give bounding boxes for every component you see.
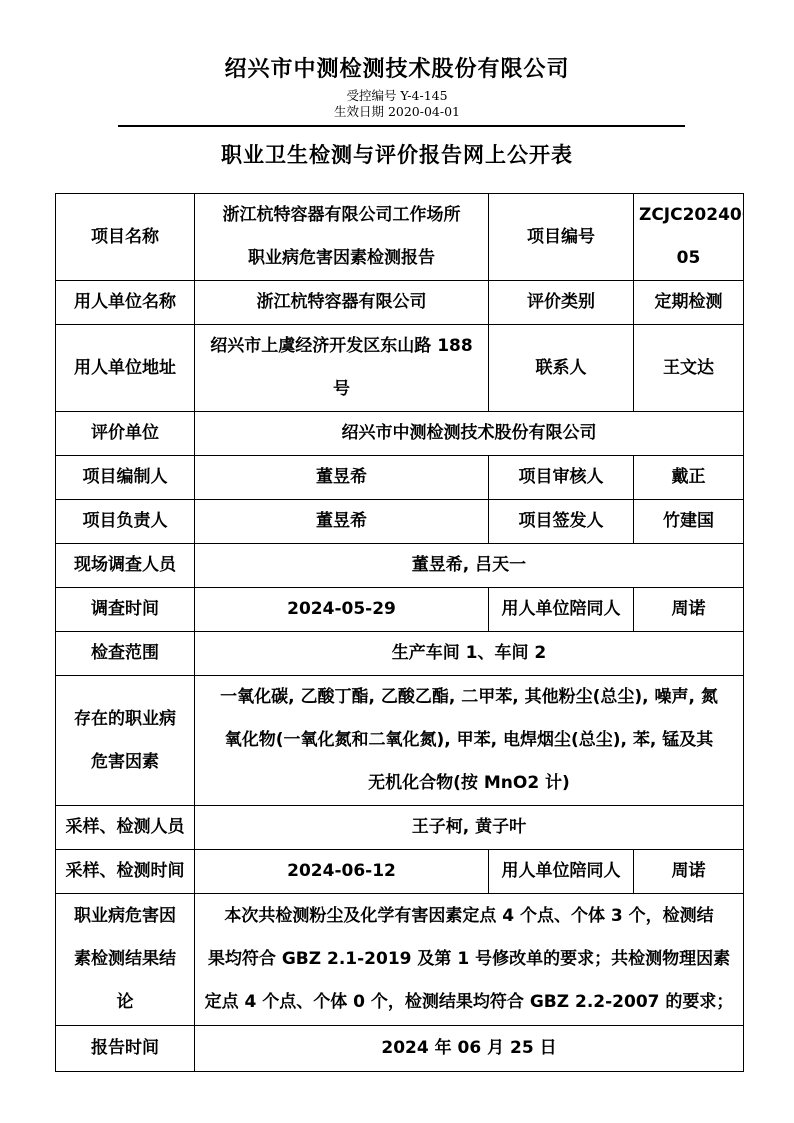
row-scope: 检查范围 生产车间 1、车间 2 bbox=[56, 632, 744, 676]
compiler-label: 项目编制人 bbox=[56, 456, 195, 500]
row-leader: 项目负责人 董昱希 项目签发人 竹建国 bbox=[56, 500, 744, 544]
evaluation-type-value: 定期检测 bbox=[634, 281, 744, 325]
samplers-label: 采样、检测人员 bbox=[56, 806, 195, 850]
row-investigators: 现场调查人员 董昱希, 吕天一 bbox=[56, 544, 744, 588]
row-survey-date: 调查时间 2024-05-29 用人单位陪同人 周诺 bbox=[56, 588, 744, 632]
row-hazards: 存在的职业病 危害因素 一氧化碳, 乙酸丁酯, 乙酸乙酯, 二甲苯, 其他粉尘(… bbox=[56, 676, 744, 806]
leader-label: 项目负责人 bbox=[56, 500, 195, 544]
row-sampling-date: 采样、检测时间 2024-06-12 用人单位陪同人 周诺 bbox=[56, 850, 744, 894]
conclusion-label: 职业病危害因 素检测结果结 论 bbox=[56, 894, 195, 1026]
row-conclusion: 职业病危害因 素检测结果结 论 本次共检测粉尘及化学有害因素定点 4 个点、个体… bbox=[56, 894, 744, 1026]
document-page: 绍兴市中测检测技术股份有限公司 受控编号 Y-4-145 生效日期 2020-0… bbox=[0, 0, 794, 1123]
survey-date-label: 调查时间 bbox=[56, 588, 195, 632]
compiler-value: 董昱希 bbox=[195, 456, 489, 500]
conclusion-value: 本次共检测粉尘及化学有害因素定点 4 个点、个体 3 个，检测结 果均符合 GB… bbox=[195, 894, 744, 1026]
leader-value: 董昱希 bbox=[195, 500, 489, 544]
header-divider bbox=[118, 125, 685, 127]
survey-escort-label: 用人单位陪同人 bbox=[489, 588, 634, 632]
row-report-date: 报告时间 2024 年 06 月 25 日 bbox=[56, 1026, 744, 1072]
row-compiler: 项目编制人 董昱希 项目审核人 戴正 bbox=[56, 456, 744, 500]
sampling-date-value: 2024-06-12 bbox=[195, 850, 489, 894]
reviewer-label: 项目审核人 bbox=[489, 456, 634, 500]
project-name-value: 浙江杭特容器有限公司工作场所 职业病危害因素检测报告 bbox=[195, 194, 489, 281]
project-name-label: 项目名称 bbox=[56, 194, 195, 281]
row-project-name: 项目名称 浙江杭特容器有限公司工作场所 职业病危害因素检测报告 项目编号 ZCJ… bbox=[56, 194, 744, 281]
reviewer-value: 戴正 bbox=[634, 456, 744, 500]
project-code-value: ZCJC202406 05 bbox=[634, 194, 744, 281]
hazards-value: 一氧化碳, 乙酸丁酯, 乙酸乙酯, 二甲苯, 其他粉尘(总尘), 噪声, 氮 氧… bbox=[195, 676, 744, 806]
scope-value: 生产车间 1、车间 2 bbox=[195, 632, 744, 676]
samplers-value: 王子柯, 黄子叶 bbox=[195, 806, 744, 850]
row-employer-name: 用人单位名称 浙江杭特容器有限公司 评价类别 定期检测 bbox=[56, 281, 744, 325]
issuer-label: 项目签发人 bbox=[489, 500, 634, 544]
report-date-value: 2024 年 06 月 25 日 bbox=[195, 1026, 744, 1072]
employer-address-label: 用人单位地址 bbox=[56, 325, 195, 412]
employer-name-label: 用人单位名称 bbox=[56, 281, 195, 325]
scope-label: 检查范围 bbox=[56, 632, 195, 676]
employer-name-value: 浙江杭特容器有限公司 bbox=[195, 281, 489, 325]
sampling-date-label: 采样、检测时间 bbox=[56, 850, 195, 894]
report-date-label: 报告时间 bbox=[56, 1026, 195, 1072]
row-employer-address: 用人单位地址 绍兴市上虞经济开发区东山路 188 号 联系人 王文达 bbox=[56, 325, 744, 412]
evaluation-org-label: 评价单位 bbox=[56, 412, 195, 456]
survey-date-value: 2024-05-29 bbox=[195, 588, 489, 632]
row-evaluation-org: 评价单位 绍兴市中测检测技术股份有限公司 bbox=[56, 412, 744, 456]
company-name: 绍兴市中测检测技术股份有限公司 bbox=[0, 0, 794, 83]
effective-date-line: 生效日期 2020-04-01 bbox=[0, 104, 794, 120]
evaluation-type-label: 评价类别 bbox=[489, 281, 634, 325]
row-samplers: 采样、检测人员 王子柯, 黄子叶 bbox=[56, 806, 744, 850]
document-title: 职业卫生检测与评价报告网上公开表 bbox=[0, 139, 794, 169]
contact-label: 联系人 bbox=[489, 325, 634, 412]
investigators-value: 董昱希, 吕天一 bbox=[195, 544, 744, 588]
survey-escort-value: 周诺 bbox=[634, 588, 744, 632]
employer-address-value: 绍兴市上虞经济开发区东山路 188 号 bbox=[195, 325, 489, 412]
sampling-escort-label: 用人单位陪同人 bbox=[489, 850, 634, 894]
issuer-value: 竹建国 bbox=[634, 500, 744, 544]
contact-value: 王文达 bbox=[634, 325, 744, 412]
project-code-label: 项目编号 bbox=[489, 194, 634, 281]
investigators-label: 现场调查人员 bbox=[56, 544, 195, 588]
evaluation-org-value: 绍兴市中测检测技术股份有限公司 bbox=[195, 412, 744, 456]
control-number-line: 受控编号 Y-4-145 bbox=[0, 88, 794, 104]
public-disclosure-table: 项目名称 浙江杭特容器有限公司工作场所 职业病危害因素检测报告 项目编号 ZCJ… bbox=[55, 193, 744, 1072]
sampling-escort-value: 周诺 bbox=[634, 850, 744, 894]
hazards-label: 存在的职业病 危害因素 bbox=[56, 676, 195, 806]
